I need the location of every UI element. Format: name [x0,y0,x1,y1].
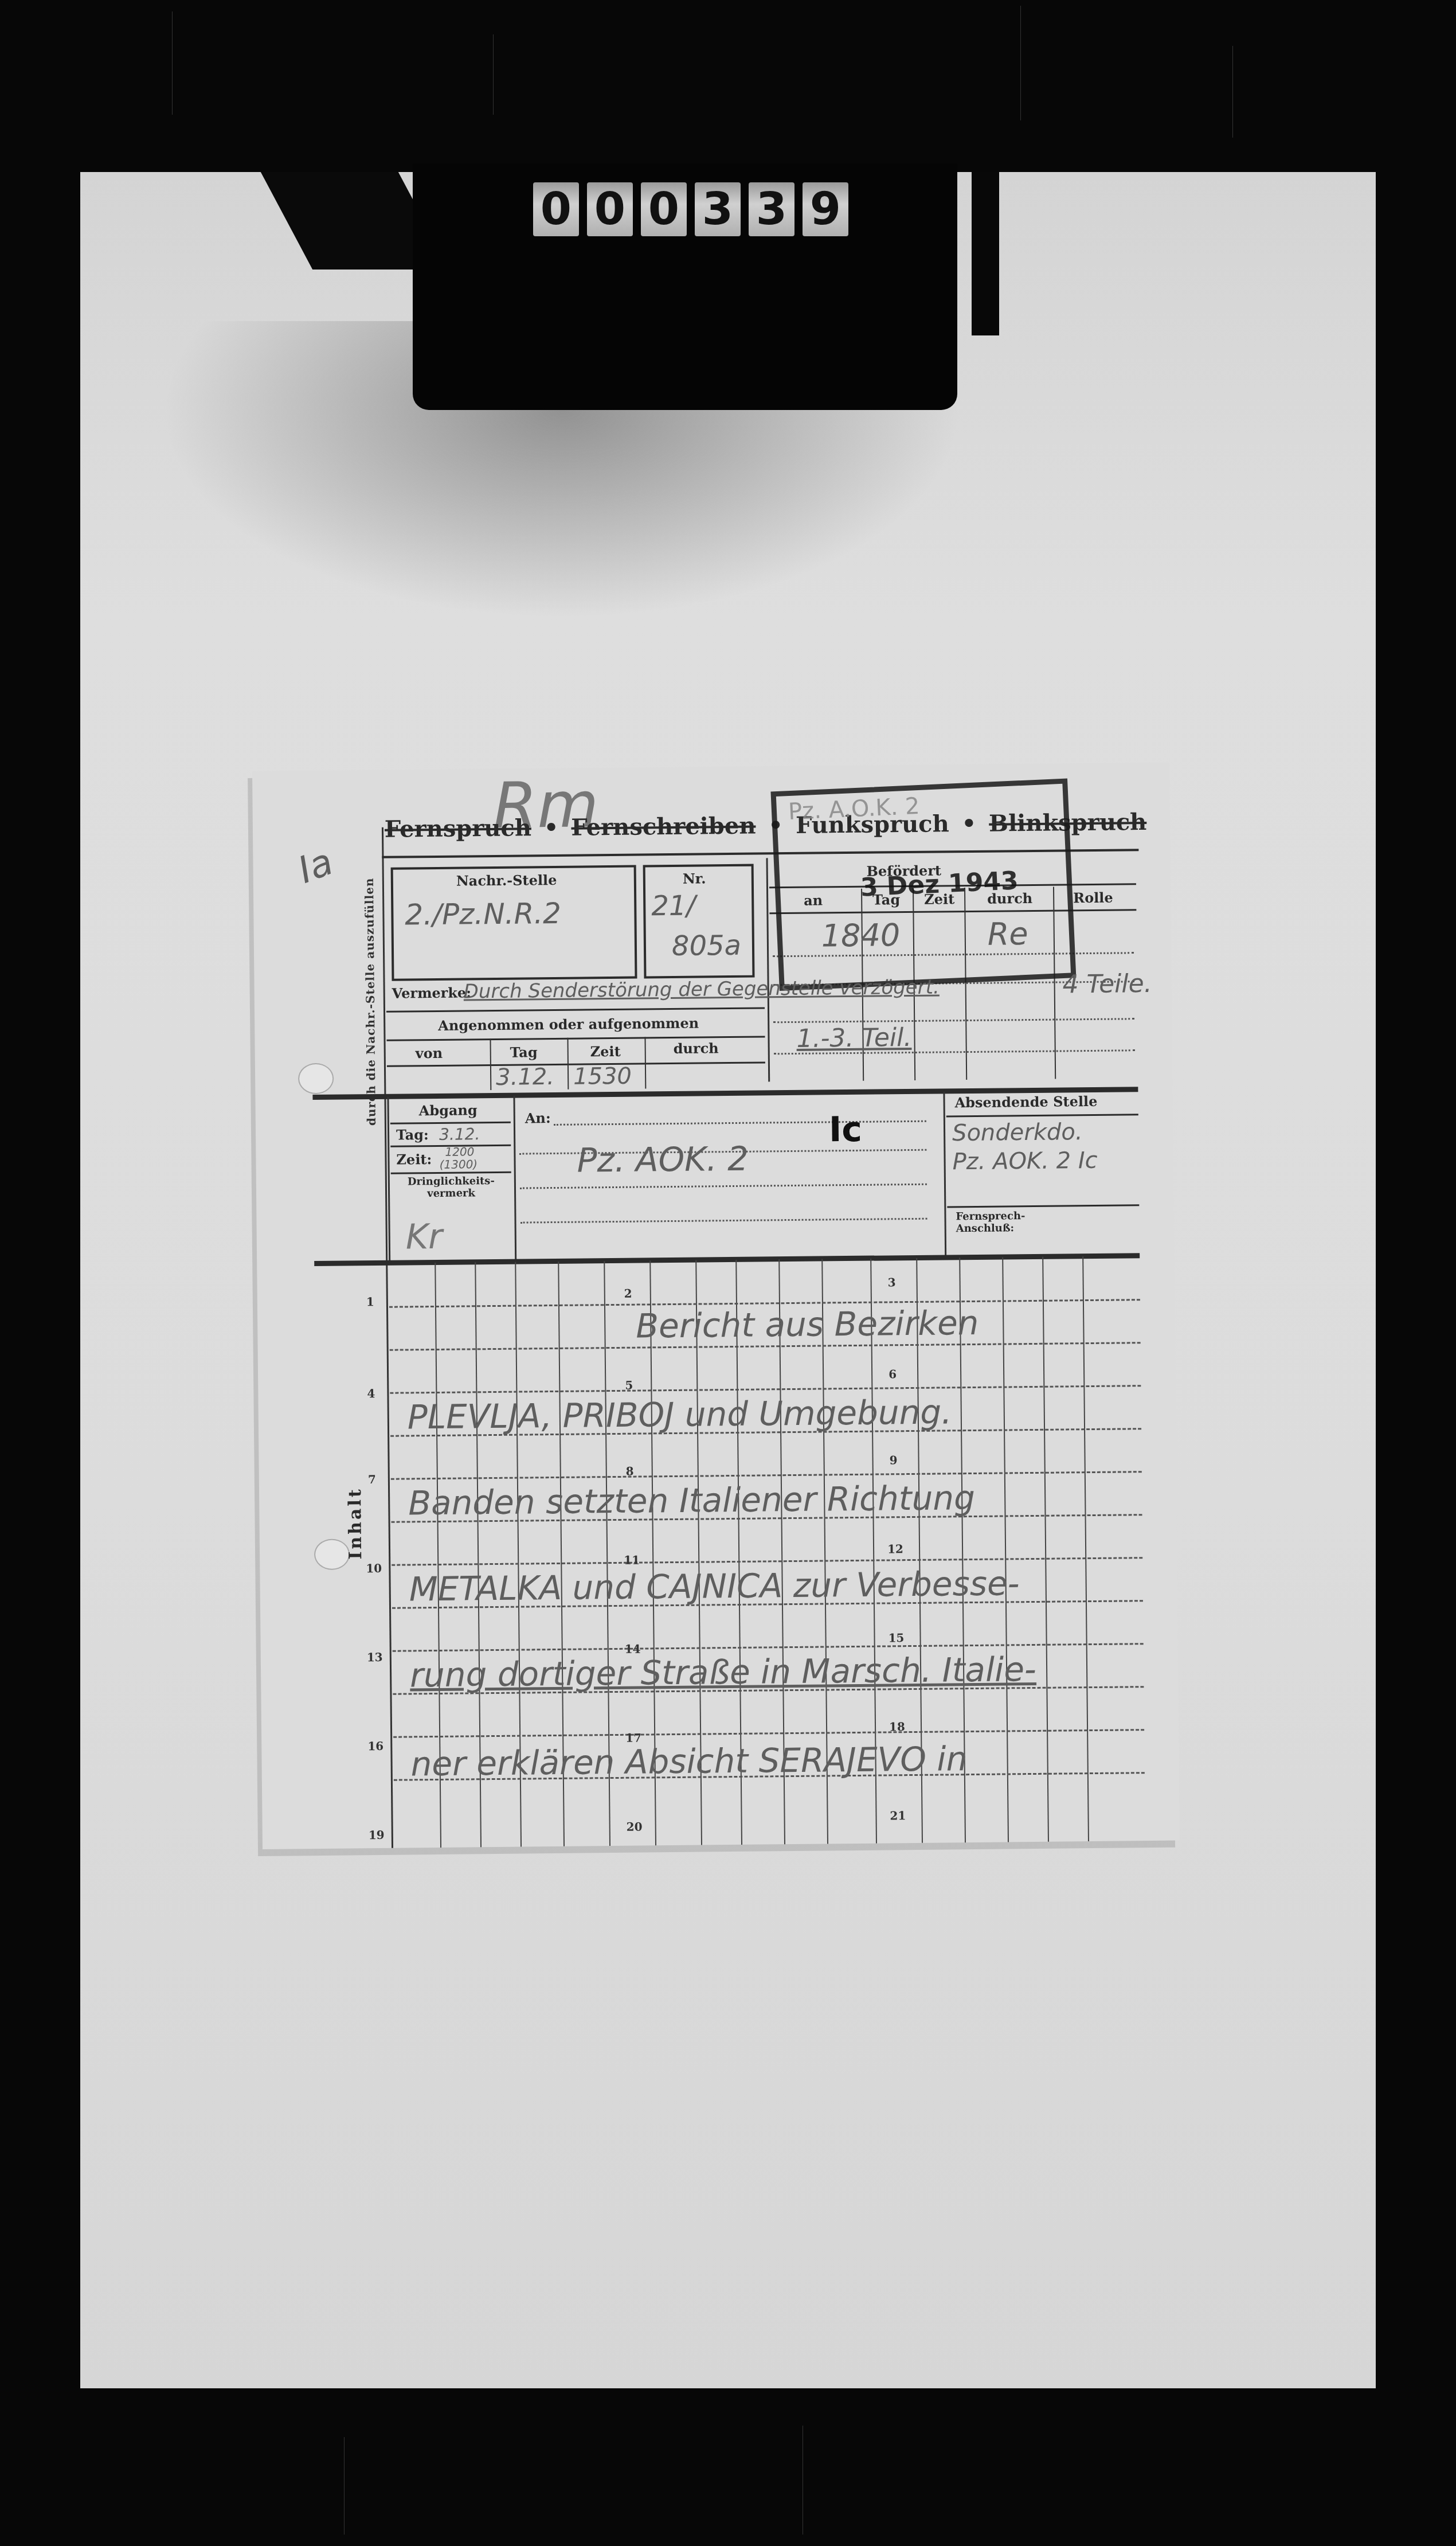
row-number: 20 [627,1820,643,1834]
an-label: An: [525,1110,551,1126]
col-divider [567,1038,569,1090]
grid-row-line [390,1385,1141,1394]
absendende-stelle-line2: Pz. AOK. 2 Ic [952,1147,1097,1175]
row-number: 10 [366,1561,382,1575]
message-line: Banden setzten Italiener Richtung [408,1478,975,1522]
counter-digit: 0 [533,182,579,236]
film-scratch [172,11,173,115]
nachr-stelle-value: 2./Pz.N.R.2 [405,897,561,932]
row-number: 21 [890,1809,906,1822]
row-number: 19 [369,1828,385,1842]
col-divider [644,1037,646,1088]
film-scratch [803,2426,803,2535]
fernsprech-label: Fernsprech-Anschluß: [956,1210,1047,1235]
angenommen-col-durch: durch [674,1040,719,1057]
row-number: 11 [624,1553,640,1567]
rule [390,1122,511,1124]
row-number: 2 [624,1287,632,1301]
film-scratch [344,2437,345,2535]
abgang-zeit-value2: (1300) [439,1157,477,1172]
row-number: 8 [626,1465,634,1478]
message-line: Bericht aus Bezirken [636,1303,979,1346]
abgang-zeit-value: 1200 [445,1145,474,1158]
row-number: 13 [367,1650,383,1664]
row-number: 18 [889,1720,905,1733]
an-value: Pz. AOK. 2 [577,1139,749,1180]
nr-value-bottom: 805a [672,930,742,962]
punch-hole [298,1063,334,1095]
type-fernspruch: Fernspruch [385,814,531,842]
row-number: 15 [888,1631,904,1645]
message-grid: 1 2 3 4 5 6 7 8 9 10 11 12 13 14 15 16 1… [389,1256,1145,1848]
rule [947,1204,1139,1208]
inhalt-label: Inhalt [345,1487,366,1560]
type-fernschreiben: Fernschreiben [571,813,756,841]
vermerke-label: Vermerke: [392,984,472,1001]
margin-note: Ia [292,841,338,892]
absendende-stelle-label: Absendende Stelle [954,1093,1097,1111]
separator: • [544,814,559,841]
message-line: ner erklären Absicht SERAJEVO in [410,1739,967,1783]
message-form: durch die Nachr.-Stelle auszufüllen Ia R… [252,763,1180,1849]
angenommen-tag-value: 3.12. [496,1064,554,1091]
befoerdert-col-rolle: Rolle [1073,889,1113,907]
counter-digit: 0 [587,182,633,236]
row-number: 4 [367,1387,375,1400]
stamp-date: 3 Dez 1943 [860,866,1019,902]
row-number: 16 [367,1739,383,1753]
abgang-zeit-label: Zeit: [396,1151,432,1168]
row-number: 6 [889,1367,897,1381]
dringlichkeit-label: Dringlichkeits-vermerk [400,1175,503,1200]
angenommen-zeit-value: 1530 [573,1063,632,1090]
part-range: 1.-3. Teil. [796,1023,911,1053]
divider [387,1097,390,1263]
divider [766,858,770,1081]
vermerke-value: Durch Senderstörung der Gegenstelle verz… [464,976,940,1003]
message-line: PLEVLJA, PRIBOJ und Umgebung. [407,1392,952,1436]
grid-row-line [391,1471,1142,1480]
row-number: 5 [625,1379,633,1392]
rule [946,1114,1138,1117]
counter-digit: 3 [695,182,741,236]
row-number: 1 [366,1295,374,1309]
dotted-line [773,1018,1134,1023]
film-scratch [493,34,494,115]
angenommen-col-von: von [416,1045,443,1061]
punch-hole [314,1538,350,1570]
frame-counter: 0 0 0 3 3 9 [533,182,848,236]
nachr-stelle-label: Nachr.-Stelle [456,872,557,889]
angenommen-col-zeit: Zeit [590,1043,621,1060]
nachr-stelle-box: Nachr.-Stelle 2./Pz.N.R.2 [391,865,637,981]
stamp-unit: Pz. A.O.K. 2 [788,793,920,825]
dotted-line [554,1120,926,1126]
message-line: rung dortiger Straße in Marsch. Italie- [410,1650,1036,1694]
divider [513,1096,516,1262]
dringlichkeit-value: Kr [405,1217,443,1258]
row-number: 7 [368,1473,376,1486]
row-number: 3 [887,1275,895,1289]
message-line: METALKA und CAJNICA zur Verbesse- [409,1564,1020,1608]
receipt-stamp: Pz. A.O.K. 2 3 Dez 1943 [770,778,1076,991]
row-number: 9 [889,1453,897,1467]
side-instruction: durch die Nachr.-Stelle auszufüllen [362,850,378,1126]
nr-label: Nr. [683,870,706,887]
nr-value-top: 21/ [651,890,696,923]
dotted-line [520,1184,927,1189]
film-scratch [1020,6,1021,120]
parts-note: 4 Teile. [1062,969,1152,999]
nr-box: Nr. 21/ 805a [643,864,755,979]
abgang-label: Abgang [419,1102,477,1119]
counter-digit: 9 [803,182,848,236]
routing-mark: Ic [829,1110,863,1150]
grid-row-line [392,1557,1142,1566]
counter-digit: 0 [641,182,687,236]
grid-row-line [393,1729,1144,1738]
angenommen-label: Angenommen oder aufgenommen [438,1015,699,1034]
abgang-tag-value: 3.12. [439,1124,480,1144]
counter-digit: 3 [749,182,794,236]
dotted-line [520,1218,927,1224]
angenommen-col-tag: Tag [510,1044,538,1060]
clip-side-bar [972,172,999,335]
col-divider [490,1038,491,1090]
film-scratch [1232,46,1233,138]
rule [391,1172,511,1174]
abgang-tag-label: Tag: [396,1126,429,1143]
rule [386,1007,765,1012]
absendende-stelle-line1: Sonderkdo. [952,1119,1083,1146]
row-number: 12 [887,1542,903,1556]
